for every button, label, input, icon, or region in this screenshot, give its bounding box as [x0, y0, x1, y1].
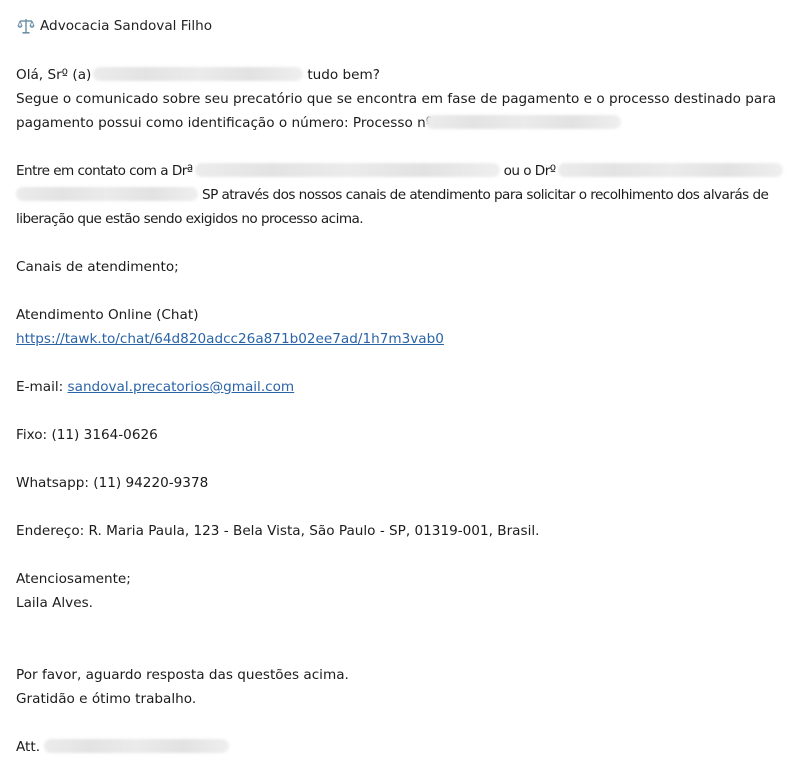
contact-line-3: liberação que estão sendo exigidos no pr…: [16, 209, 363, 229]
chat-link[interactable]: https://tawk.to/chat/64d820adcc26a871b02…: [16, 331, 444, 347]
contact-prefix: Entre em contato com a Drª: [16, 163, 193, 179]
redacted-lawyer-name-2: [558, 163, 783, 177]
email-link[interactable]: sandoval.precatorios@gmail.com: [68, 379, 295, 395]
contact-line-2-text: SP através dos nossos canais de atendime…: [202, 187, 768, 203]
landline-line: Fixo: (11) 3164-0626: [16, 425, 158, 445]
sender-header: Advocacia Sandoval Filho: [17, 17, 212, 35]
greeting-prefix: Olá, Srº (a): [16, 67, 91, 83]
contact-line-2: SP através dos nossos canais de atendime…: [16, 185, 768, 205]
redacted-lawyer-name-1: [195, 163, 500, 177]
process-number-label: pagamento possui como identificação o nú…: [16, 115, 432, 131]
att-line: Att.: [16, 737, 229, 757]
redacted-process-number: [426, 115, 621, 129]
intro-line-1: Segue o comunicado sobre seu precatório …: [16, 89, 776, 109]
redacted-att-name: [44, 739, 229, 753]
redacted-lawyer-oab: [16, 187, 198, 201]
chat-label: Atendimento Online (Chat): [16, 305, 199, 325]
signature-name: Laila Alves.: [16, 593, 93, 613]
intro-line-2: pagamento possui como identificação o nú…: [16, 113, 621, 133]
greeting-suffix: tudo bem?: [307, 67, 380, 83]
email-line: E-mail: sandoval.precatorios@gmail.com: [16, 377, 294, 397]
chat-link-line: https://tawk.to/chat/64d820adcc26a871b02…: [16, 329, 444, 349]
scales-of-justice-icon: [17, 17, 35, 35]
footer-line-2: Gratidão e ótimo trabalho.: [16, 689, 196, 709]
whatsapp-line: Whatsapp: (11) 94220-9378: [16, 473, 208, 493]
email-label: E-mail:: [16, 379, 63, 395]
att-prefix: Att.: [16, 739, 40, 755]
closing-line: Atenciosamente;: [16, 569, 131, 589]
sender-name: Advocacia Sandoval Filho: [40, 18, 212, 34]
footer-line-1: Por favor, aguardo resposta das questões…: [16, 665, 349, 685]
address-line: Endereço: R. Maria Paula, 123 - Bela Vis…: [16, 521, 539, 541]
contact-middle: ou o Drº: [504, 163, 556, 179]
greeting-line: Olá, Srº (a)tudo bem?: [16, 65, 380, 85]
contact-line-1: Entre em contato com a Drªou o Drº: [16, 161, 783, 181]
channels-heading: Canais de atendimento;: [16, 257, 179, 277]
redacted-recipient-name: [93, 67, 303, 81]
